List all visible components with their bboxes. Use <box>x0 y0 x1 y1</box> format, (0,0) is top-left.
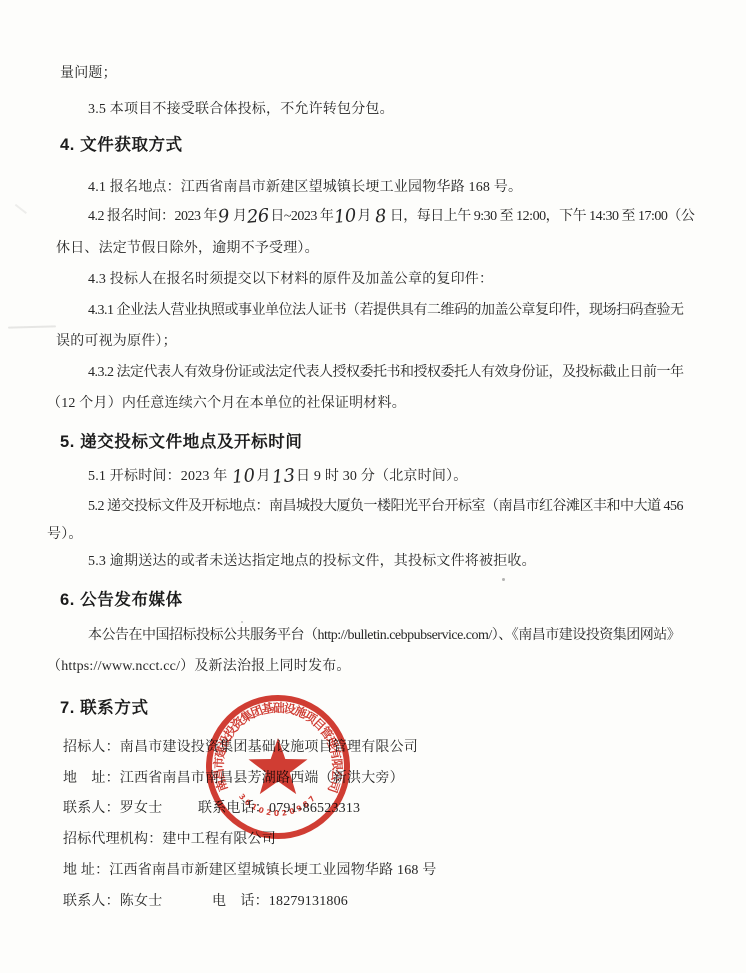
section-4-heading: 4. 文件获取方式 <box>60 131 183 155</box>
contact2-name: 联系人：陈女士 <box>63 894 162 909</box>
item-4-2-sep2: 日~2023 年 <box>270 209 333 224</box>
scan-speck <box>502 578 505 581</box>
publish-media-line1: 本公告在中国招标投标公共服务平台（http://bulletin.cebpubs… <box>88 624 680 644</box>
document-page: 量问题； 3.5 本项目不接受联合体投标，不允许转包分包。 4. 文件获取方式 … <box>0 0 746 973</box>
item-4-3: 4.3 投标人在报名时须提交以下材料的原件及加盖公章的复印件： <box>88 268 493 288</box>
handwritten-month-end: 10 <box>333 207 358 227</box>
section-7-heading: 7. 联系方式 <box>60 694 149 718</box>
item-4-2-sep3: 月 <box>357 209 374 224</box>
contact2-phone: 电 话：18279131806 <box>212 890 348 910</box>
item-4-1: 4.1 报名地点：江西省南昌市新建区望城镇长埂工业园物华路 168 号。 <box>88 176 522 196</box>
item-5-1: 5.1 开标时间：2023 年 10月13日 9 时 30 分（北京时间）。 <box>88 465 467 486</box>
item-4-2-sep1: 月 <box>230 209 247 224</box>
contact2-line: 联系人：陈女士 电 话：18279131806 <box>63 890 162 910</box>
item-4-3-2: 4.3.2 法定代表人有效身份证或法定代表人授权委托书和授权委托人有效身份证，及… <box>88 361 684 381</box>
agency-address-line: 地 址：江西省南昌市新建区望城镇长埂工业园物华路 168 号 <box>63 859 437 879</box>
scan-smudge <box>8 325 56 328</box>
item-4-2-post: 日，每日上午 9:30 至 12:00，下午 14:30 至 17:00（公 <box>387 209 695 224</box>
item-4-3-2-cont: （12 个月）内任意连续六个月在本单位的社保证明材料。 <box>47 392 406 412</box>
handwritten-open-day: 13 <box>270 467 297 487</box>
seal-serial-number: 36102020987 <box>237 792 319 818</box>
item-4-2-text: 4.2 报名时间：2023 年 <box>88 209 217 224</box>
company-seal: 南昌市建设投资集团基础设施项目管理有限公司 36102020987 <box>202 691 354 843</box>
seal-star-icon <box>249 738 308 794</box>
item-4-3-1-cont: 误的可视为原件）； <box>56 330 177 350</box>
scan-speck <box>241 621 243 623</box>
item-4-2: 4.2 报名时间：2023 年9 月26日~2023 年10月 8 日，每日上午… <box>88 205 694 226</box>
item-5-3: 5.3 逾期送达的或者未送达指定地点的投标文件，其投标文件将被拒收。 <box>88 550 536 570</box>
item-5-1-sep: 月 <box>257 469 271 484</box>
item-5-2: 5.2 递交投标文件及开标地点：南昌城投大厦负一楼阳光平台开标室（南昌市红谷滩区… <box>88 495 683 515</box>
handwritten-day-end: 8 <box>373 207 387 226</box>
item-4-3-1: 4.3.1 企业法人营业执照或事业单位法人证书（若提供具有二维码的加盖公章复印件… <box>88 299 684 319</box>
clause-3-5: 3.5 本项目不接受联合体投标，不允许转包分包。 <box>88 98 394 118</box>
handwritten-month-start: 9 <box>216 207 230 226</box>
contact1-line: 联系人：罗女士 联系电话：0791-86523313 <box>63 797 162 817</box>
contact1-name: 联系人：罗女士 <box>63 801 162 816</box>
item-4-2-cont: 休日、法定节假日除外，逾期不予受理）。 <box>56 237 319 257</box>
item-5-1-text: 5.1 开标时间：2023 年 <box>88 469 231 484</box>
publish-media-line2: （https://www.ncct.cc/）及新法治报上同时发布。 <box>47 655 351 675</box>
handwritten-day-start: 26 <box>246 207 271 227</box>
item-5-2-cont: 号）。 <box>47 523 83 543</box>
handwritten-open-month: 10 <box>230 467 257 487</box>
section-5-heading: 5. 递交投标文件地点及开标时间 <box>60 428 302 452</box>
item-5-1-post: 日 9 时 30 分（北京时间）。 <box>296 469 467 484</box>
carryover-line: 量问题； <box>60 62 117 82</box>
section-6-heading: 6. 公告发布媒体 <box>60 586 183 610</box>
scan-smudge <box>15 204 27 214</box>
